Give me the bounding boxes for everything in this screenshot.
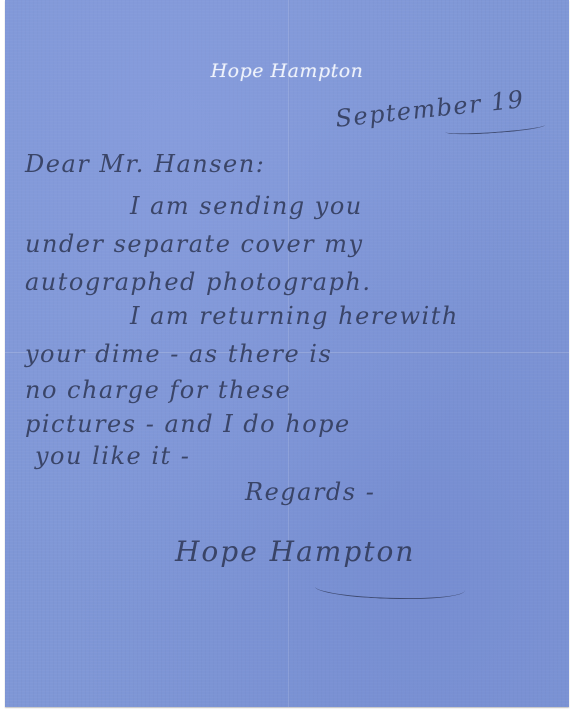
closing: Regards -	[245, 478, 375, 506]
body-line: I am returning herewith	[130, 302, 459, 330]
signature-flourish	[315, 574, 466, 603]
body-line: under separate cover my	[25, 230, 364, 258]
letterhead: Hope Hampton	[5, 60, 569, 82]
signature: Hope Hampton	[175, 535, 415, 568]
body-line: autographed photograph.	[25, 268, 371, 296]
date-underline-flourish	[445, 121, 545, 137]
body-line: no charge for these	[25, 376, 291, 404]
body-line: I am sending you	[130, 192, 363, 220]
body-line: your dime - as there is	[25, 340, 332, 368]
letter-paper: Hope Hampton September 19 Dear Mr. Hanse…	[5, 0, 569, 707]
body-line: you like it -	[35, 442, 190, 470]
body-line: pictures - and I do hope	[25, 410, 351, 438]
salutation: Dear Mr. Hansen:	[25, 150, 265, 178]
